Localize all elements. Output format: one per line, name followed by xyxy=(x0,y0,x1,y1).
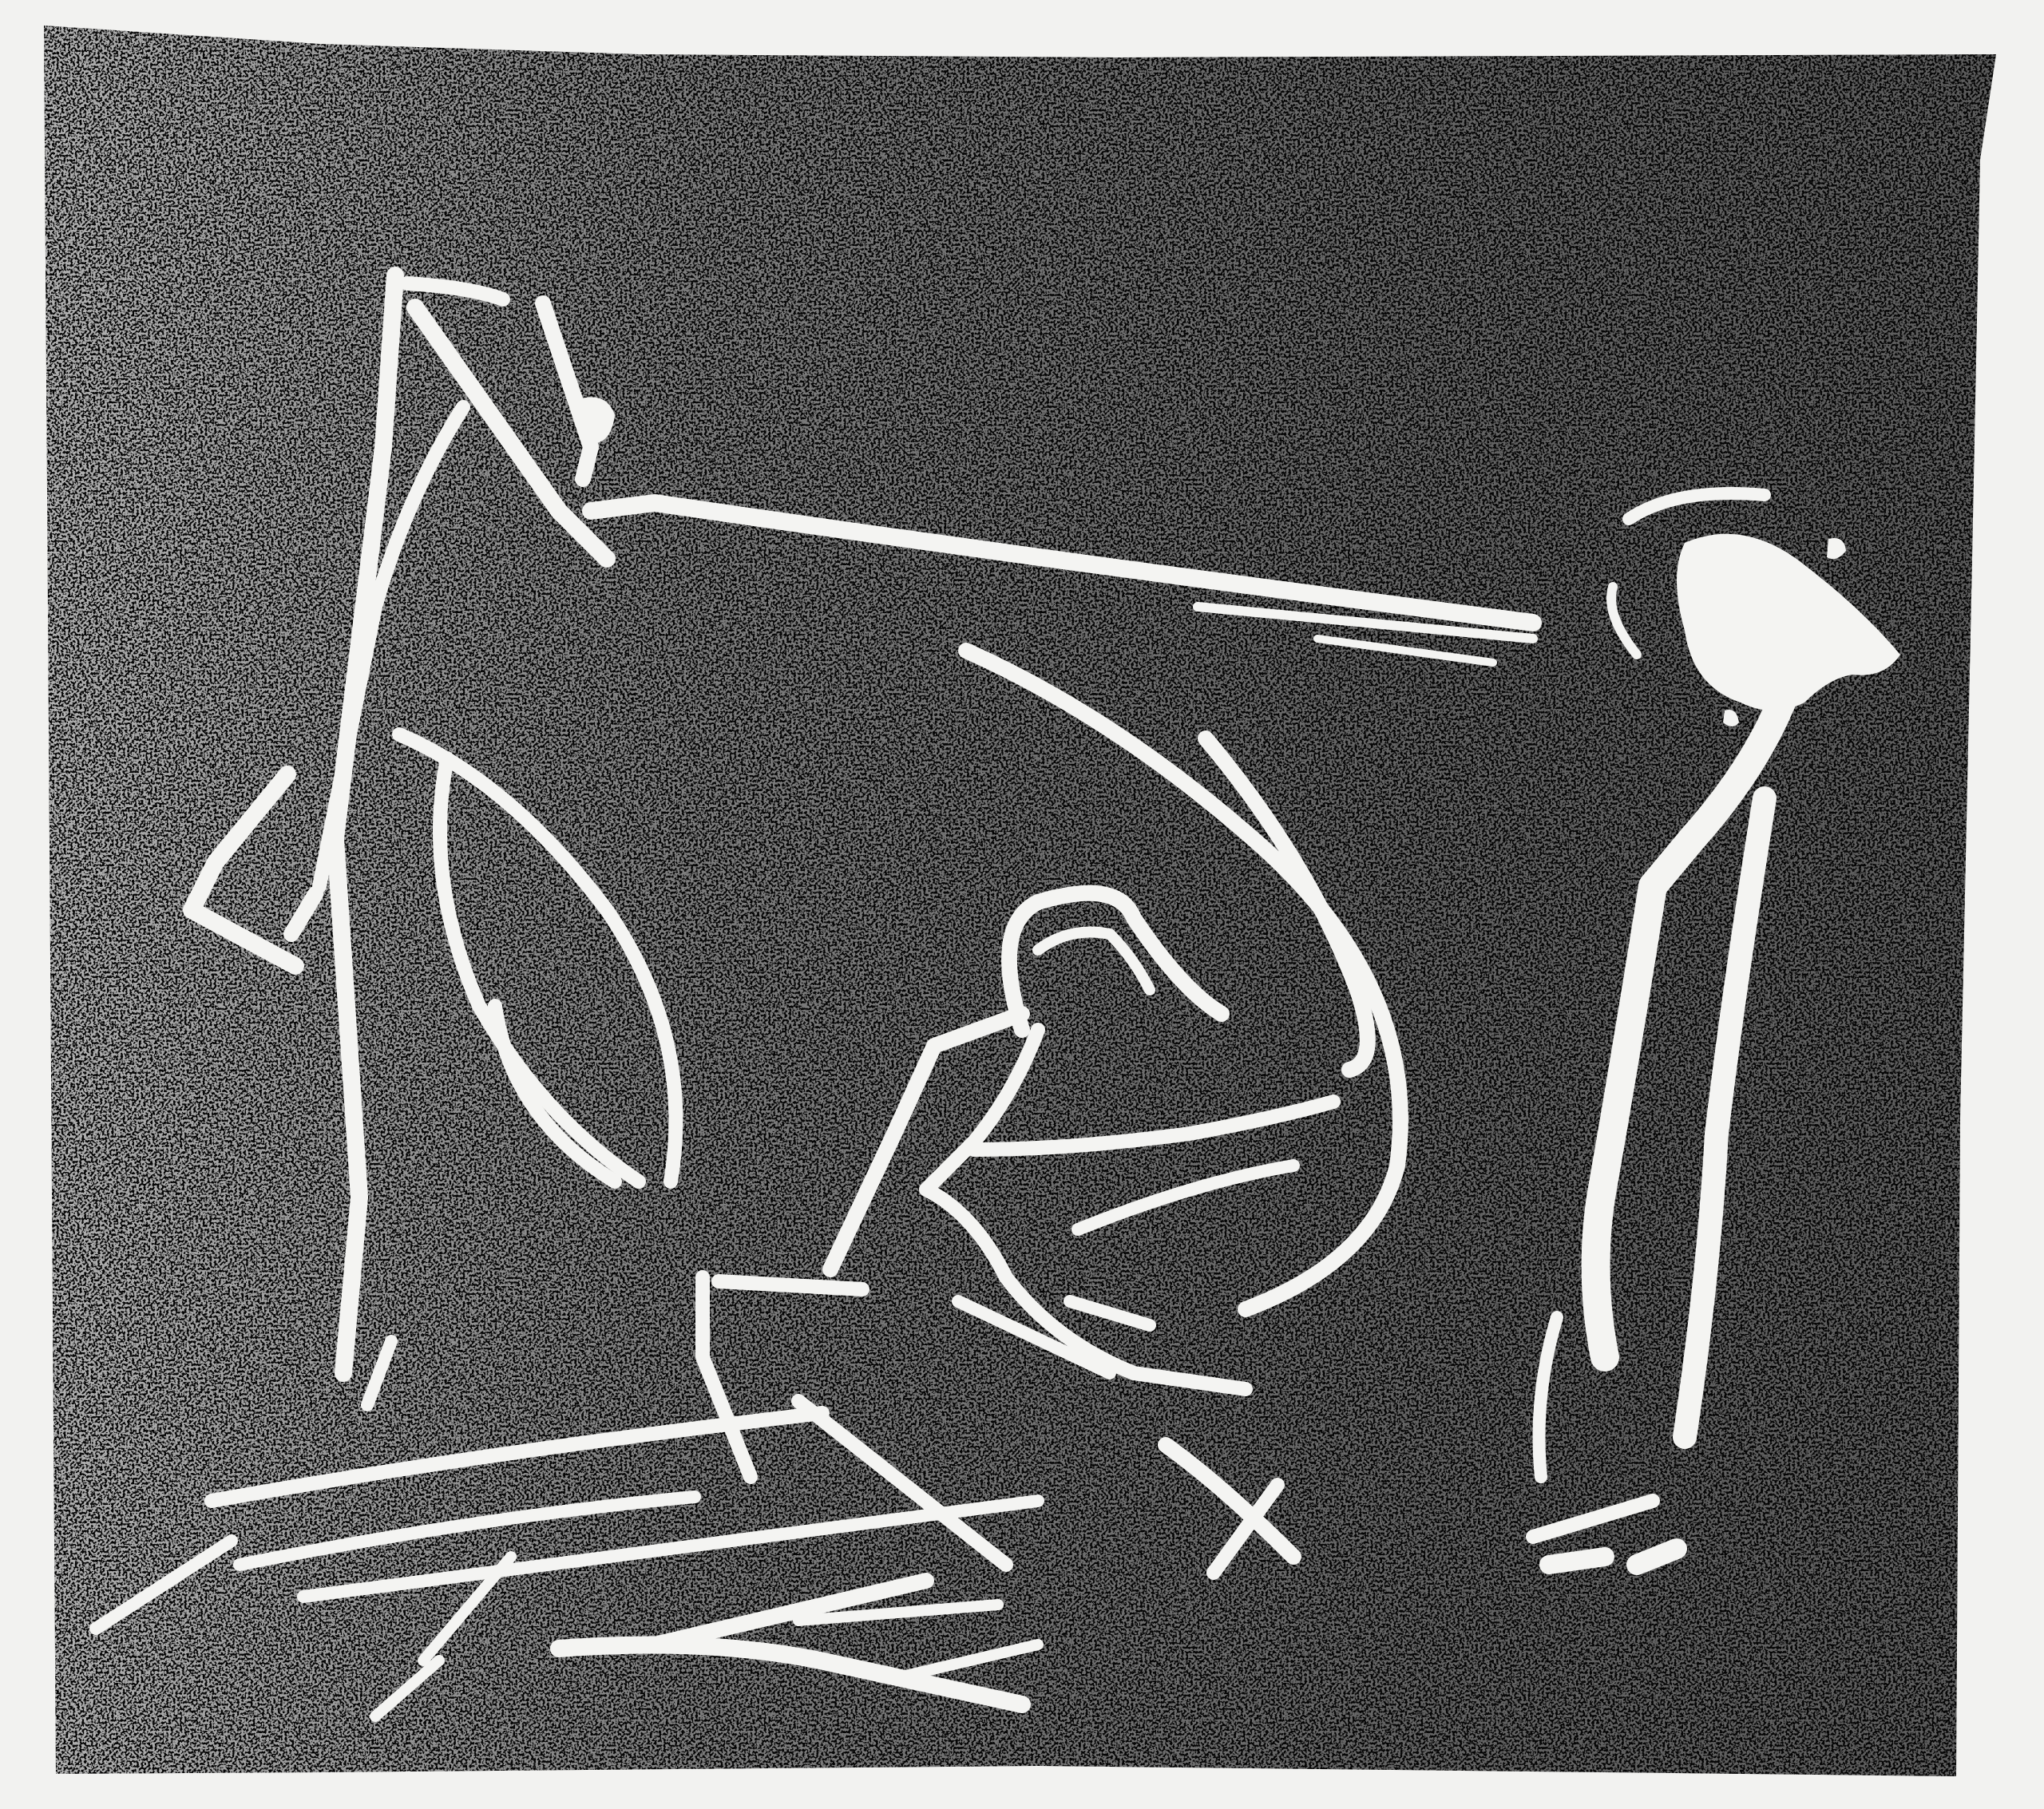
linocut-artwork xyxy=(0,0,2044,1809)
